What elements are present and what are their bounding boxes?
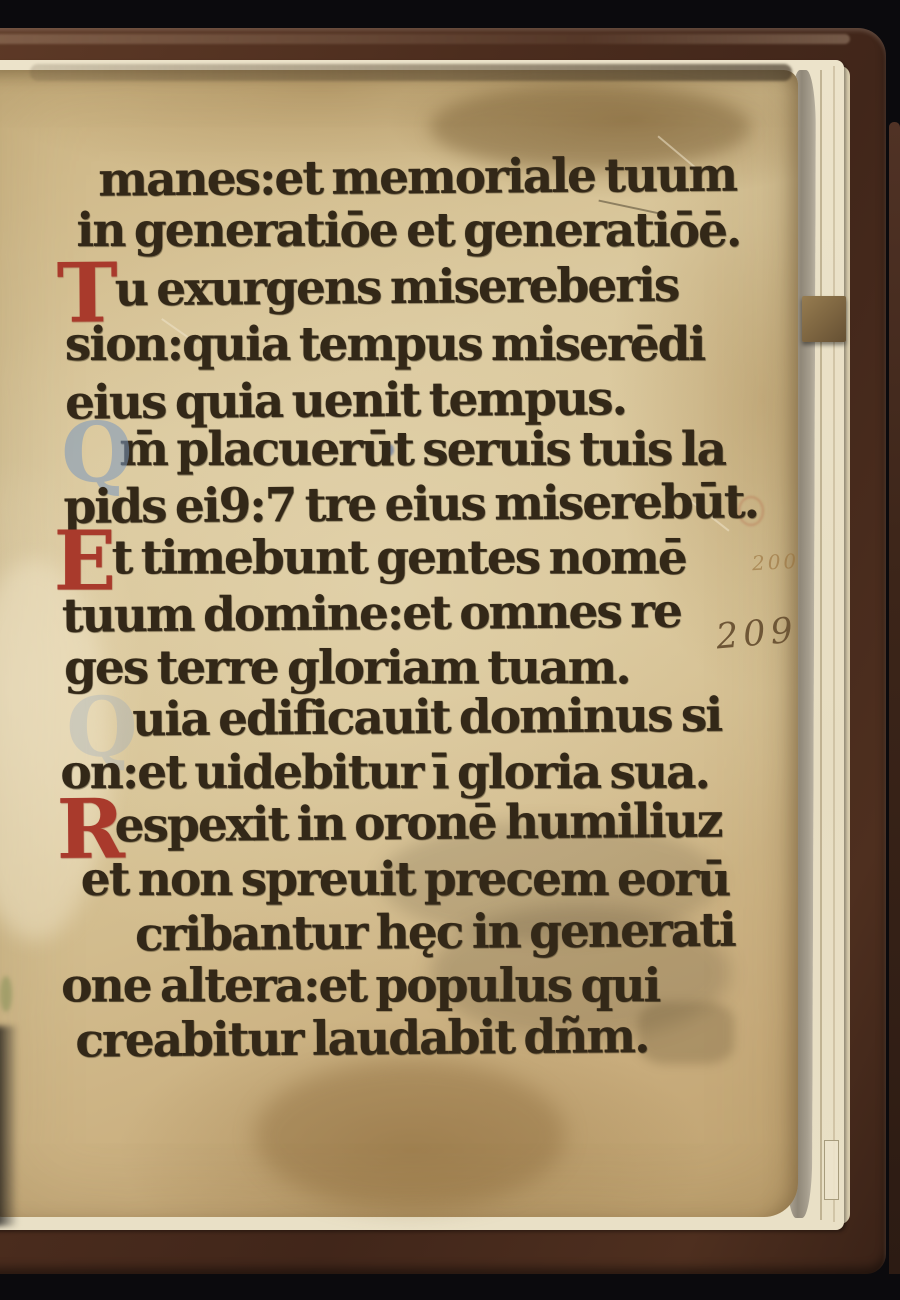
line-text: u exurgens misereberis <box>59 258 679 318</box>
line-text: ges terre gloriam tuam. <box>64 640 630 695</box>
manuscript-text-line: ges terre gloriam tuam. <box>64 642 630 694</box>
manuscript-photo: manes:et memoriale tuum in generatiōe et… <box>0 0 900 1300</box>
manuscript-text-line: pids ei9:7 tre eius miserebūt. <box>63 476 758 533</box>
line-text: m̄ placuerūt seruis tuis la <box>63 422 725 477</box>
manuscript-text-line: T u exurgens misereberis <box>59 260 679 317</box>
manuscript-text-line: Q m̄ placuerūt seruis tuis la <box>63 424 725 476</box>
marginal-number-faint: 200 <box>751 549 799 575</box>
manuscript-text-line: tuum domine:et omnes re <box>62 586 681 643</box>
line-text: one altera:et populus qui <box>61 958 659 1013</box>
line-text: espexit in oronē humiliuz <box>58 794 721 854</box>
manuscript-text-line: et non spreuit precem eorū <box>81 854 729 906</box>
line-text: pids ei9:7 tre eius miserebūt. <box>63 474 758 534</box>
manuscript-text-line: eius quia uenit tempus. <box>65 373 626 429</box>
manuscript-text-line: in generatiōe et generatiōē. <box>77 205 741 257</box>
line-text: in generatiōe et generatiōē. <box>77 203 741 258</box>
manuscript-text-line: manes:et memoriale tuum <box>98 150 736 207</box>
line-text: uia edificauit dominus si <box>132 688 721 748</box>
line-text: on:et uidebitur ī gloria sua. <box>60 745 709 800</box>
line-text: t timebunt gentes nomē <box>56 530 686 585</box>
manuscript-text-line: cribantur hęc in generati <box>135 905 735 961</box>
line-text: tuum domine:et omnes re <box>62 584 681 644</box>
manuscript-text-line: on:et uidebitur ī gloria sua. <box>60 747 709 799</box>
line-text: cribantur hęc in generati <box>135 903 735 963</box>
manuscript-text-line: creabitur laudabit dñm. <box>75 1011 649 1067</box>
manuscript-text-line: one altera:et populus qui <box>61 960 659 1012</box>
line-text: manes:et memoriale tuum <box>98 148 736 208</box>
manuscript-text-line: E t timebunt gentes nomē <box>56 532 686 584</box>
marginal-page-number: 209 <box>714 611 799 658</box>
manuscript-text-line: R espexit in oronē humiliuz <box>58 796 721 853</box>
line-text: creabitur laudabit dñm. <box>75 1009 649 1069</box>
manuscript-text-line: Q uia edificauit dominus si <box>132 690 721 746</box>
manuscript-text-line: sion:quia tempus miserēdi <box>65 319 704 371</box>
line-text: sion:quia tempus miserēdi <box>65 317 704 372</box>
line-text: et non spreuit precem eorū <box>81 852 729 907</box>
